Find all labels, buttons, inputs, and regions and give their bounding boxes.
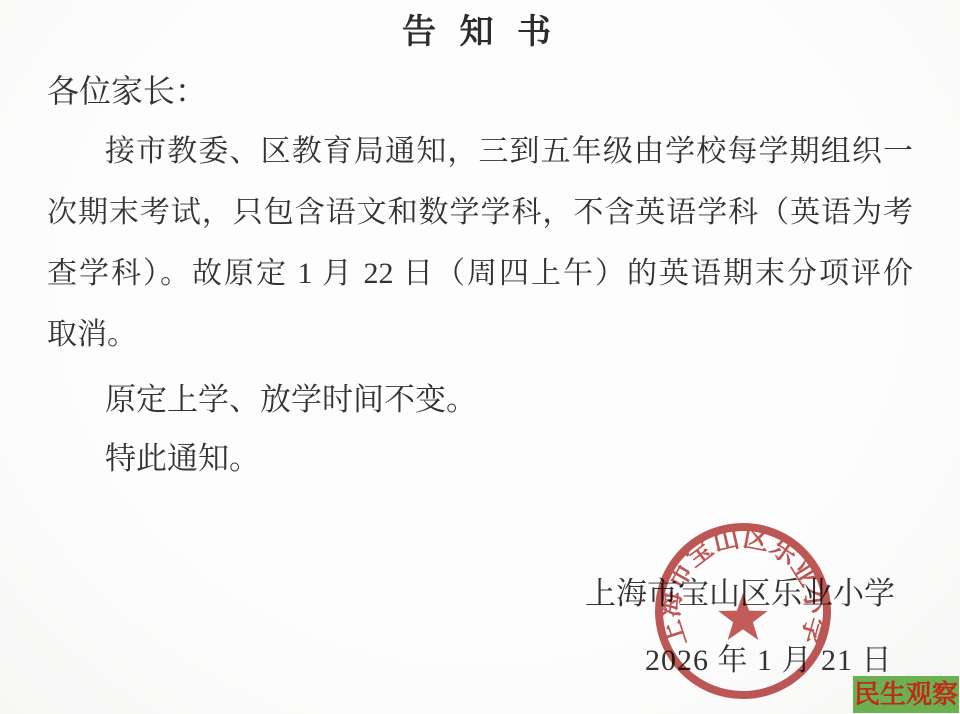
- watermark-badge: 民生观察: [853, 676, 959, 713]
- signature-school-name: 上海市宝山区乐业小学: [585, 576, 895, 612]
- body-line: 查学科）。故原定 1 月 22 日（周四上午）的英语期末分项评价: [47, 243, 913, 304]
- body-line: 取消。: [47, 304, 913, 365]
- body-line: 次期末考试，只包含语文和数学学科，不含英语学科（英语为考: [47, 182, 913, 243]
- notice-body: 接市教委、区教育局通知，三到五年级由学校每学期组织一次期末考试，只包含语文和数学…: [47, 121, 913, 365]
- body-line: 接市教委、区教育局通知，三到五年级由学校每学期组织一: [47, 121, 913, 182]
- paragraph-schedule: 原定上学、放学时间不变。: [105, 383, 477, 417]
- notice-title: 告 知 书: [0, 4, 960, 53]
- scanned-notice-page: 告 知 书 各位家长： 接市教委、区教育局通知，三到五年级由学校每学期组织一次期…: [0, 0, 960, 714]
- signature-date: 2026 年 1 月 21 日: [645, 643, 893, 679]
- salutation: 各位家长：: [47, 66, 207, 112]
- paragraph-closing: 特此通知。: [105, 442, 260, 476]
